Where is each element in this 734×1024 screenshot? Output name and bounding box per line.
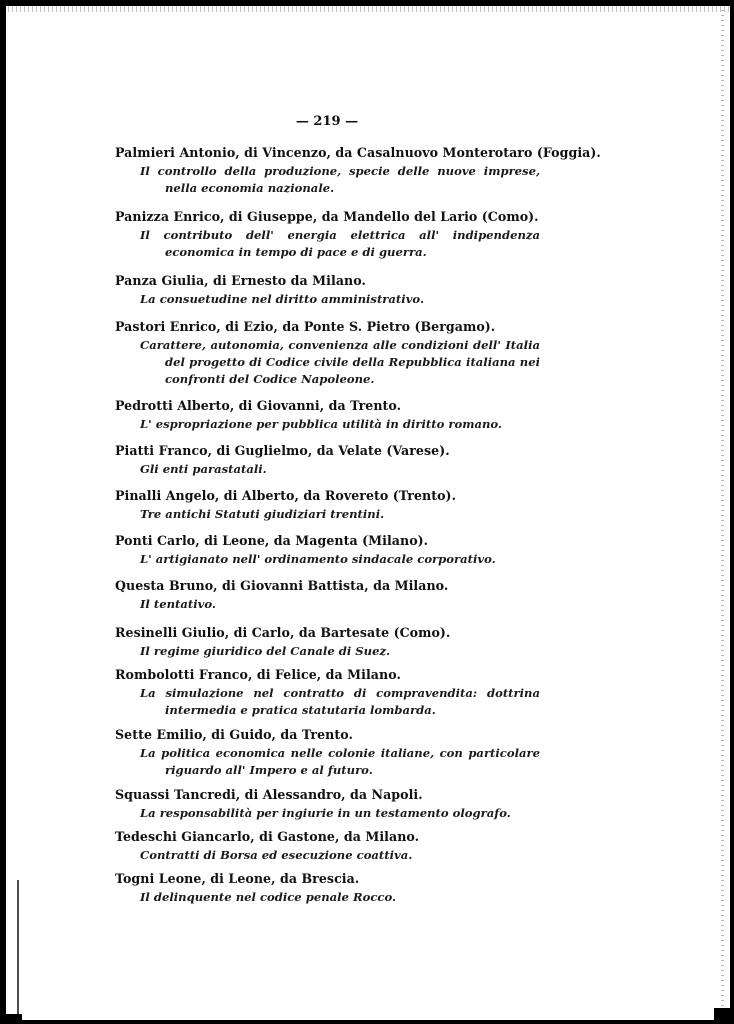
entry-title: Il delinquente nel codice penale Rocco. — [115, 889, 540, 906]
entry-title: La simulazione nel contratto di comprave… — [115, 685, 540, 719]
entry-title: Carattere, autonomia, convenienza alle c… — [115, 337, 540, 388]
entry-title: Il contributo dell' energia elettrica al… — [115, 227, 540, 261]
entry-title: L' artigianato nell' ordinamento sindaca… — [115, 551, 540, 568]
entry-author: Pedrotti Alberto, di Giovanni, da Trento… — [115, 397, 540, 415]
entry-title: L' espropriazione per pubblica utilità i… — [115, 416, 540, 433]
entry-author: Palmieri Antonio, di Vincenzo, da Casaln… — [115, 144, 540, 162]
entry-author: Pastori Enrico, di Ezio, da Ponte S. Pie… — [115, 318, 540, 336]
scan-line-left-inner — [17, 880, 19, 1024]
list-item: Piatti Franco, di Guglielmo, da Velate (… — [115, 442, 540, 484]
entry-title: Contratti di Borsa ed esecuzione coattiv… — [115, 847, 540, 864]
list-item: Rombolotti Franco, di Felice, da Milano.… — [115, 666, 540, 724]
list-item: Pedrotti Alberto, di Giovanni, da Trento… — [115, 397, 540, 439]
entry-title: La consuetudine nel diritto amministrati… — [115, 291, 540, 308]
entry-title: Il regime giuridico del Canale di Suez. — [115, 643, 540, 660]
entry-title: La responsabilità per ingiurie in un tes… — [115, 805, 540, 822]
list-item: Panizza Enrico, di Giuseppe, da Mandello… — [115, 208, 540, 268]
list-item: Palmieri Antonio, di Vincenzo, da Casaln… — [115, 144, 540, 204]
entry-author: Tedeschi Giancarlo, di Gastone, da Milan… — [115, 828, 540, 846]
entry-author: Panizza Enrico, di Giuseppe, da Mandello… — [115, 208, 540, 226]
entry-author: Pinalli Angelo, di Alberto, da Rovereto … — [115, 487, 540, 505]
thesis-list: Palmieri Antonio, di Vincenzo, da Casaln… — [115, 144, 540, 910]
scan-noise-top — [0, 6, 734, 12]
entry-author: Ponti Carlo, di Leone, da Magenta (Milan… — [115, 532, 540, 550]
list-item: Ponti Carlo, di Leone, da Magenta (Milan… — [115, 532, 540, 574]
entry-author: Piatti Franco, di Guglielmo, da Velate (… — [115, 442, 540, 460]
scan-border-right — [730, 0, 734, 1024]
list-item: Sette Emilio, di Guido, da Trento. La po… — [115, 726, 540, 784]
scan-corner-bottom-left — [0, 1014, 22, 1024]
list-item: Resinelli Giulio, di Carlo, da Bartesate… — [115, 624, 540, 664]
entry-author: Sette Emilio, di Guido, da Trento. — [115, 726, 540, 744]
scan-border-bottom — [0, 1020, 734, 1024]
entry-author: Squassi Tancredi, di Alessandro, da Napo… — [115, 786, 540, 804]
entry-author: Questa Bruno, di Giovanni Battista, da M… — [115, 577, 540, 595]
entry-title: Il tentativo. — [115, 596, 540, 613]
list-item: Panza Giulia, di Ernesto da Milano. La c… — [115, 272, 540, 315]
entry-author: Togni Leone, di Leone, da Brescia. — [115, 870, 540, 888]
scan-border-left — [0, 0, 6, 1024]
entry-title: La politica economica nelle colonie ital… — [115, 745, 540, 779]
list-item: Squassi Tancredi, di Alessandro, da Napo… — [115, 786, 540, 826]
list-item: Pastori Enrico, di Ezio, da Ponte S. Pie… — [115, 318, 540, 394]
scan-noise-right — [721, 10, 724, 1020]
entry-author: Panza Giulia, di Ernesto da Milano. — [115, 272, 540, 290]
entry-title: Il controllo della produzione, specie de… — [115, 163, 540, 197]
list-item: Pinalli Angelo, di Alberto, da Rovereto … — [115, 487, 540, 529]
list-item: Togni Leone, di Leone, da Brescia. Il de… — [115, 870, 540, 910]
entry-author: Resinelli Giulio, di Carlo, da Bartesate… — [115, 624, 540, 642]
entry-title: Gli enti parastatali. — [115, 461, 540, 478]
entry-author: Rombolotti Franco, di Felice, da Milano. — [115, 666, 540, 684]
entry-title: Tre antichi Statuti giudiziari trentini. — [115, 506, 540, 523]
scan-corner-bottom-right — [714, 1008, 734, 1024]
page-number: — 219 — — [0, 114, 654, 129]
list-item: Tedeschi Giancarlo, di Gastone, da Milan… — [115, 828, 540, 868]
list-item: Questa Bruno, di Giovanni Battista, da M… — [115, 577, 540, 619]
